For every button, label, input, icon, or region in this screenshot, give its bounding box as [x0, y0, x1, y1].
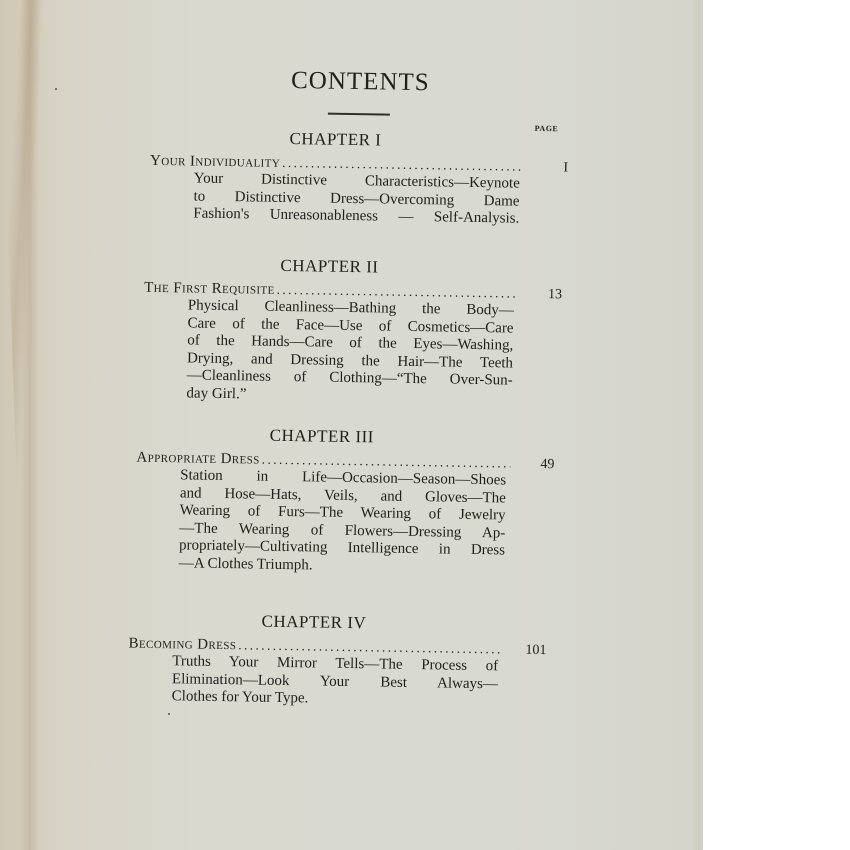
- page-number: I: [528, 160, 568, 177]
- page-title: CONTENTS: [190, 65, 530, 98]
- page-number: 101: [506, 642, 546, 659]
- chapter-section: CHAPTER I Your Individuality I Your Dist…: [149, 127, 570, 229]
- paper-speck: [55, 88, 57, 90]
- chapter-title: The First Requisite: [144, 280, 275, 299]
- chapter-section: CHAPTER IV Becoming Dress 101 Truths You…: [128, 610, 549, 712]
- chapter-title: Your Individuality: [150, 153, 280, 172]
- page-column-label: PAGE: [535, 124, 559, 133]
- chapter-section: CHAPTER II The First Requisite 13 Physic…: [142, 254, 564, 409]
- chapter-heading: CHAPTER I: [150, 127, 520, 153]
- chapter-heading: CHAPTER III: [137, 424, 507, 450]
- chapter-summary: Your Distinctive Characteristics—Keynote…: [193, 171, 520, 229]
- chapter-heading: CHAPTER IV: [129, 610, 499, 636]
- title-rule-divider: [328, 113, 390, 116]
- paper-speck: [168, 713, 170, 715]
- summary-line: Fashion's Unreasonableness — Self-Analys…: [193, 206, 519, 229]
- contents-page: CONTENTS PAGE CHAPTER I Your Individuali…: [0, 0, 710, 850]
- chapter-summary: Station in Life—Occasion—Season—Shoes an…: [179, 467, 507, 577]
- page-number: 49: [514, 457, 554, 474]
- chapter-title: Appropriate Dress: [136, 450, 260, 469]
- chapter-heading: CHAPTER II: [144, 254, 514, 280]
- chapter-section: CHAPTER III Appropriate Dress 49 Station…: [135, 424, 557, 579]
- chapter-summary: Physical Cleanliness—Bathing the Body— C…: [186, 297, 514, 407]
- chapter-title: Becoming Dress: [128, 636, 236, 655]
- chapter-summary: Truths Your Mirror Tells—The Process of …: [172, 653, 499, 711]
- page-number: 13: [522, 287, 562, 304]
